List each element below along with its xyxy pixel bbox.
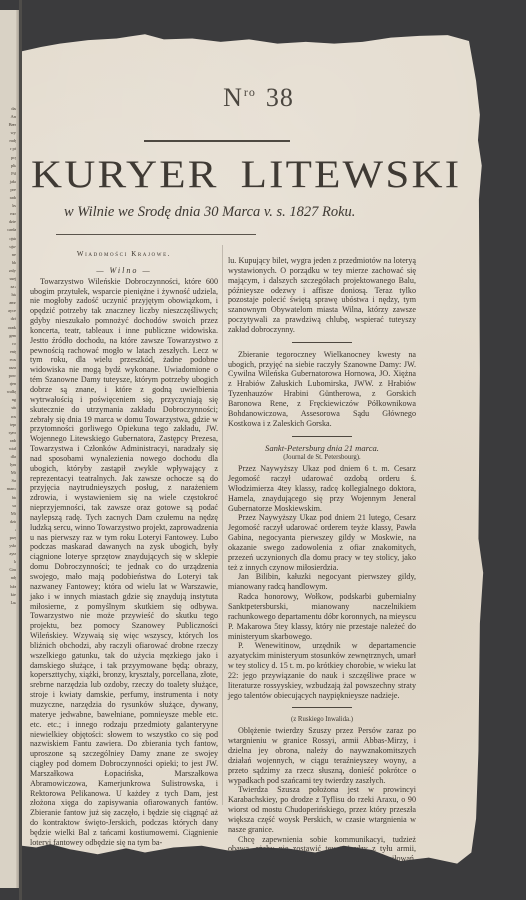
previous-page-line: oradz [2, 324, 17, 332]
previous-page-line: ysku [2, 542, 17, 550]
previous-page-line: mo- [2, 210, 17, 218]
title-word-litewski: LITEWSKI [241, 153, 462, 196]
previous-page-line: An- [2, 113, 17, 121]
previous-page-line: dziu [2, 518, 17, 526]
previous-page-line: a [2, 526, 17, 534]
article-paragraph: Twierdza Szusza położona jest w prowincy… [228, 785, 416, 834]
previous-page-text: dzaAn-Benswy-mdyr pi-pcypliaPil-jakopre-… [2, 105, 17, 607]
article-paragraph: Chcę zapewnienia sobie kommunikacyi, tud… [228, 835, 416, 874]
article-paragraph: Radca honorowy, Wołkow, podskarbi gubern… [228, 592, 416, 641]
previous-page-line: Mi- [2, 510, 17, 518]
separator-rule [292, 436, 352, 437]
previous-page-line: pre- [2, 186, 17, 194]
separator-rule [292, 342, 352, 343]
article-paragraph: Przez Naywyższy Ukaz pod dniem 6 t. m. C… [228, 464, 416, 513]
previous-page-line: wy- [2, 129, 17, 137]
previous-page-line: eniy [2, 348, 17, 356]
previous-page-line: sym- [2, 429, 17, 437]
previous-page-line: lsta [2, 291, 17, 299]
previous-page-line: lubs [2, 583, 17, 591]
article-paragraph: Przez Naywyższy Ukaz pod dniem 21 lutego… [228, 513, 416, 572]
previous-page-line: ayus [2, 550, 17, 558]
left-column: Wiadomości Krajowe. — Wilno — Towarzystw… [30, 256, 218, 848]
previous-page-line: ecza [2, 356, 17, 364]
previous-page-line: rado [2, 194, 17, 202]
previous-page-line: wiak [2, 445, 17, 453]
right-column: lu. Kupujący bilet, wygra jeden z przedm… [228, 256, 416, 874]
previous-page-line: mdy [2, 137, 17, 145]
article-paragraph: P. Wenewitinow, urzędnik w departamencie… [228, 641, 416, 700]
petersburg-dateline: Sankt-Petersburg dnia 21 marca. [228, 444, 416, 454]
previous-page-line: tepe [2, 421, 17, 429]
column-divider [222, 245, 223, 805]
previous-page-line: suej, [2, 275, 17, 283]
previous-page-line: ojsie [2, 235, 17, 243]
previous-page-line: marca [2, 485, 17, 493]
petersburg-source: (Journal de St. Petersbourg). [228, 453, 416, 463]
previous-page-line: Mi- [2, 469, 17, 477]
previous-page-line: kie- [2, 591, 17, 599]
city-heading: — Wilno — [30, 266, 218, 276]
invalid-source: (z Ruskiego Inwalida.) [228, 715, 416, 725]
masthead-rule [144, 140, 290, 142]
previous-page-line: Pil- [2, 170, 17, 178]
issue-number-label: N [223, 83, 243, 112]
newspaper-page: Nro38 KURYERLITEWSKI w Wilnie we Srodę d… [22, 30, 495, 878]
previous-page-line: lez [2, 202, 17, 210]
previous-page-line: Gmi [2, 566, 17, 574]
previous-page-line: lyne [2, 461, 17, 469]
previous-page-line: ndy [2, 574, 17, 582]
previous-page-line: stie [2, 404, 17, 412]
issue-number: Nro38 [22, 83, 495, 113]
previous-page-line: carda, [2, 226, 17, 234]
article-paragraph: Oblężenie twierdzy Szuszy przez Persów z… [228, 726, 416, 785]
previous-page-line: plia [2, 162, 17, 170]
previous-page-line: walky [2, 388, 17, 396]
previous-page-line: ujw- [2, 243, 17, 251]
previous-page-line: Lua [2, 599, 17, 607]
previous-page-line: powi [2, 372, 17, 380]
title-word-kuryer: KURYER [31, 153, 219, 196]
previous-page-line: Bens [2, 121, 17, 129]
previous-page-line: amr- [2, 299, 17, 307]
dateline-rule [56, 234, 256, 235]
previous-page-line: dla- [2, 453, 17, 461]
previous-page-line: rosl [2, 413, 17, 421]
previous-page-line: r pi- [2, 145, 17, 153]
section-title: Wiadomości Krajowe. [30, 250, 218, 260]
previous-page-line: zaly- [2, 267, 17, 275]
previous-page-line: raza- [2, 364, 17, 372]
issue-number-sup: ro [244, 85, 256, 99]
previous-page-line: dzie- [2, 218, 17, 226]
article-paragraph: Towarzystwo Wileńskie Dobroczynności, kt… [30, 277, 218, 848]
article-paragraph: Zbieranie tegoroczney Wielkanocney kwest… [228, 350, 416, 429]
previous-page-line: dzi- [2, 315, 17, 323]
previous-page-line: ayce- [2, 307, 17, 315]
previous-page-line: bie [2, 494, 17, 502]
previous-page-line: pcy [2, 154, 17, 162]
previous-page-line: ne- [2, 251, 17, 259]
issue-dateline: w Wilnie we Srodę dnia 30 Marca v. s. 18… [64, 204, 444, 221]
newspaper-title: KURYERLITEWSKI [31, 152, 461, 197]
previous-page-line: jako [2, 178, 17, 186]
book-gutter [19, 0, 22, 900]
previous-page-line: Sa- [2, 477, 17, 485]
article-continuation: lu. Kupujący bilet, wygra jeden z przedm… [228, 256, 416, 335]
previous-page-line: ngi [2, 396, 17, 404]
previous-page-line: ble [2, 259, 17, 267]
previous-page-line: dza [2, 105, 17, 113]
previous-page-line: rjent [2, 380, 17, 388]
previous-page-line: ro- [2, 340, 17, 348]
previous-page-line: gene [2, 332, 17, 340]
previous-page-line: przy [2, 534, 17, 542]
issue-number-value: 38 [266, 83, 294, 112]
previous-page-line: za a [2, 283, 17, 291]
previous-page-line: rade [2, 437, 17, 445]
article-paragraph: Jan Bilibin, kałuzki negocyant pierwszey… [228, 572, 416, 592]
previous-page-line: lo [2, 558, 17, 566]
separator-rule [292, 707, 352, 708]
previous-page-line: sar [2, 502, 17, 510]
